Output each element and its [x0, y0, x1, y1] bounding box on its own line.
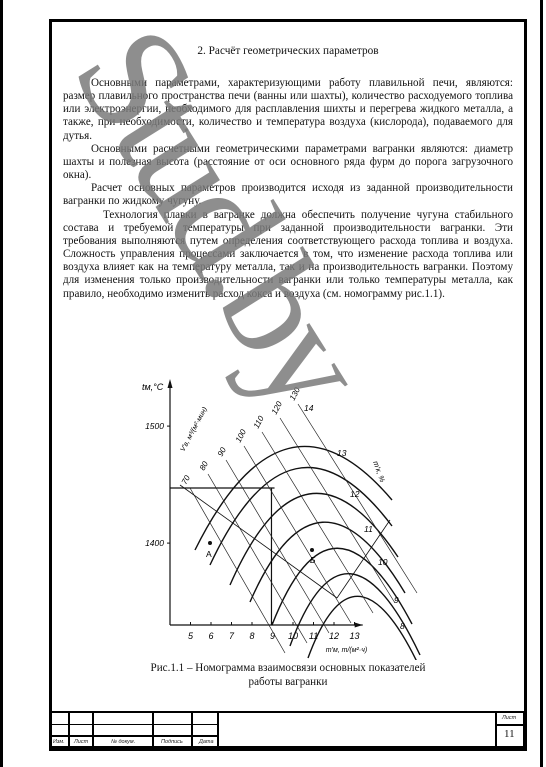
section-title: 2. Расчёт геометрических параметров — [52, 45, 524, 57]
body-text: Основными параметрами, характеризующими … — [63, 77, 513, 301]
stamp-label-list: Лист — [74, 739, 88, 745]
svg-text:120: 120 — [270, 399, 284, 415]
stamp-sheet-label: Лист — [502, 715, 516, 721]
paragraph: Расчет основных параметров производится … — [63, 182, 513, 208]
svg-text:7: 7 — [229, 631, 235, 641]
svg-text:6: 6 — [208, 631, 213, 641]
svg-text:10: 10 — [378, 557, 388, 567]
svg-text:1400: 1400 — [145, 538, 164, 548]
caption-line: Рис.1.1 – Номограмма взаимосвязи основны… — [52, 662, 524, 676]
svg-text:70: 70 — [180, 473, 192, 486]
svg-text:13: 13 — [349, 631, 359, 641]
svg-text:14: 14 — [304, 403, 314, 413]
svg-text:9: 9 — [394, 595, 399, 605]
stamp-label-sign: Подпись — [161, 739, 183, 745]
svg-text:130: 130 — [288, 385, 302, 401]
svg-text:Б: Б — [310, 555, 316, 565]
stamp-label-doc: № докум. — [111, 739, 135, 745]
svg-text:А: А — [206, 549, 212, 559]
svg-text:V'в, м³/(м²·мин): V'в, м³/(м²·мин) — [180, 406, 209, 453]
svg-text:110: 110 — [252, 414, 266, 430]
page-edge-right — [540, 0, 543, 767]
svg-text:13: 13 — [337, 448, 347, 458]
svg-text:11: 11 — [364, 524, 373, 534]
stamp-label-date: Дата — [199, 739, 214, 745]
svg-text:tм,°C: tм,°C — [142, 382, 164, 392]
page-edge-left — [0, 0, 3, 767]
svg-text:1500: 1500 — [145, 421, 164, 431]
svg-text:90: 90 — [216, 445, 228, 458]
paragraph: Основными параметрами, характеризующими … — [63, 77, 513, 143]
svg-text:5: 5 — [188, 631, 194, 641]
stamp-label-izm: Изм. — [53, 739, 65, 745]
paragraph: Технология плавки в вагранке должна обес… — [63, 209, 513, 301]
paragraph: Основными расчетными геометрическими пар… — [63, 143, 513, 182]
svg-text:8: 8 — [400, 621, 405, 631]
caption-line: работы вагранки — [52, 676, 524, 690]
svg-text:12: 12 — [350, 489, 360, 499]
svg-text:80: 80 — [198, 459, 210, 472]
nomogram-figure: tм,°C150014005678910111213m'м, т/(м²·ч)7… — [140, 370, 460, 660]
svg-text:9: 9 — [270, 631, 275, 641]
svg-text:8: 8 — [249, 631, 254, 641]
svg-text:12: 12 — [329, 631, 339, 641]
svg-text:m'м, т/(м²·ч): m'м, т/(м²·ч) — [326, 647, 367, 654]
svg-text:100: 100 — [234, 427, 248, 443]
title-block-stamp: Изм. Лист № докум. Подпись Дата Лист 11 — [49, 711, 527, 748]
figure-caption: Рис.1.1 – Номограмма взаимосвязи основны… — [52, 662, 524, 689]
sheet-number: 11 — [504, 728, 515, 740]
